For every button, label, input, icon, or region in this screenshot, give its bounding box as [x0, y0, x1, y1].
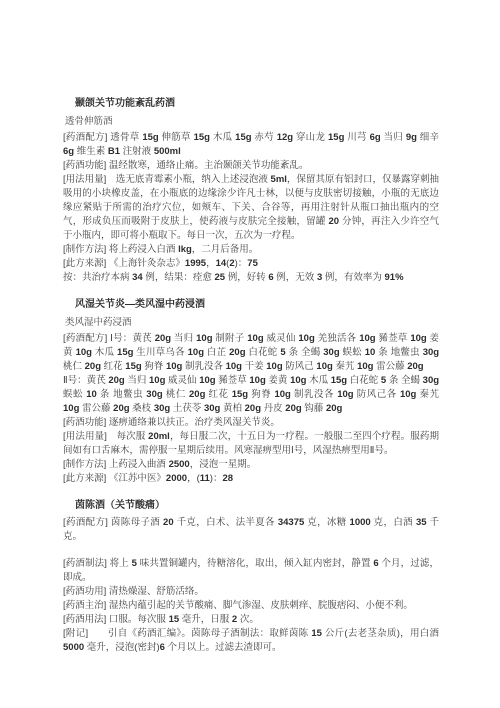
recipe-title: 茵陈酒（关节酸痛） — [75, 498, 439, 513]
paragraph-gap — [63, 544, 439, 557]
document-page: 颞颌关节功能紊乱药酒 透骨伸筋酒 [药酒配方] 透骨草 15g 伸筋草 15g … — [63, 96, 439, 655]
recipe-paragraph: [药酒用法] 口服。每次服 15 毫升，日服 2 次。 — [63, 613, 439, 627]
recipe-subtitle: 类风湿中药浸酒 — [65, 315, 439, 330]
recipe-paragraph: [此方来源] 《上海针灸杂志》1995，14(2)：75 — [63, 257, 439, 271]
recipe-paragraph: [制作方法] 上药浸入曲酒 2500，浸泡一星期。 — [63, 458, 439, 472]
recipe-section: 颞颌关节功能紊乱药酒 透骨伸筋酒 [药酒配方] 透骨草 15g 伸筋草 15g … — [63, 96, 439, 285]
recipe-subtitle: 透骨伸筋酒 — [65, 114, 439, 129]
recipe-section: 风湿关节炎—类风湿中药浸酒 类风湿中药浸酒 [药酒配方] Ⅰ号：黄芪 20g 当… — [63, 297, 439, 486]
recipe-paragraph: Ⅱ号：黄芪 20g 当归 10g 威灵仙 10g 豨莶草 10g 姜黄 10g … — [63, 374, 439, 416]
recipe-paragraph: [药酒功能] 逐痹通络兼以扶正。治疗类风湿关节炎。 — [63, 416, 439, 430]
recipe-paragraph: [药酒配方] Ⅰ号：黄芪 20g 当归 10g 制附子 10g 威灵仙 10g … — [63, 332, 439, 374]
recipe-paragraph: [用法用量] 选无底青霉素小瓶，纳入上述浸泡液 5ml，保留其原有铝封口，仅暴露… — [63, 173, 439, 243]
recipe-paragraph: [药酒功能] 温经散寒，通络止痛。主治颞颌关节功能紊乱。 — [63, 159, 439, 173]
document-canvas: 颞颌关节功能紊乱药酒 透骨伸筋酒 [药酒配方] 透骨草 15g 伸筋草 15g … — [0, 0, 500, 708]
recipe-paragraph: [药酒功用] 清热燥湿、舒筋活络。 — [63, 585, 439, 599]
recipe-paragraph: [药酒制法] 将上 5 味共置铜罐内，待糖溶化，取出，倾入缸内密封，静置 6 个… — [63, 557, 439, 585]
recipe-paragraph: [用法用量] 每次服 20ml，每日服二次，十五日为一疗程。一般服二至四个疗程。… — [63, 430, 439, 458]
recipe-paragraph: [药酒配方] 茵陈母子酒 20 千克，白术、法半夏各 34375 克，冰糖 10… — [63, 516, 439, 544]
recipe-paragraph: 按：共治疗本病 34 例，结果：痊愈 25 例，好转 6 例，无效 3 例，有效… — [63, 271, 439, 285]
recipe-paragraph: [制作方法] 将上药浸入白酒 lkg，二月后备用。 — [63, 243, 439, 257]
sections-container: 颞颌关节功能紊乱药酒 透骨伸筋酒 [药酒配方] 透骨草 15g 伸筋草 15g … — [63, 96, 439, 655]
recipe-title: 颞颌关节功能紊乱药酒 — [75, 96, 439, 111]
recipe-paragraph: [此方来源] 《江苏中医》2000，(11)：28 — [63, 472, 439, 486]
recipe-paragraph: [药酒配方] 透骨草 15g 伸筋草 15g 木瓜 15g 赤芍 12g 穿山龙… — [63, 131, 439, 159]
recipe-paragraph: [药酒主治] 湿热内蕴引起的关节酸痛、脚气渗湿、皮肤刺痒、脘腹痞闷、小便不利。 — [63, 599, 439, 613]
recipe-section: 茵陈酒（关节酸痛） [药酒配方] 茵陈母子酒 20 千克，白术、法半夏各 343… — [63, 498, 439, 655]
recipe-paragraph: [附记] 引自《药酒汇编》。茵陈母子酒制法：取鲜茵陈 15 公斤(去老茎杂质)，… — [63, 627, 439, 655]
recipe-title: 风湿关节炎—类风湿中药浸酒 — [75, 297, 439, 312]
